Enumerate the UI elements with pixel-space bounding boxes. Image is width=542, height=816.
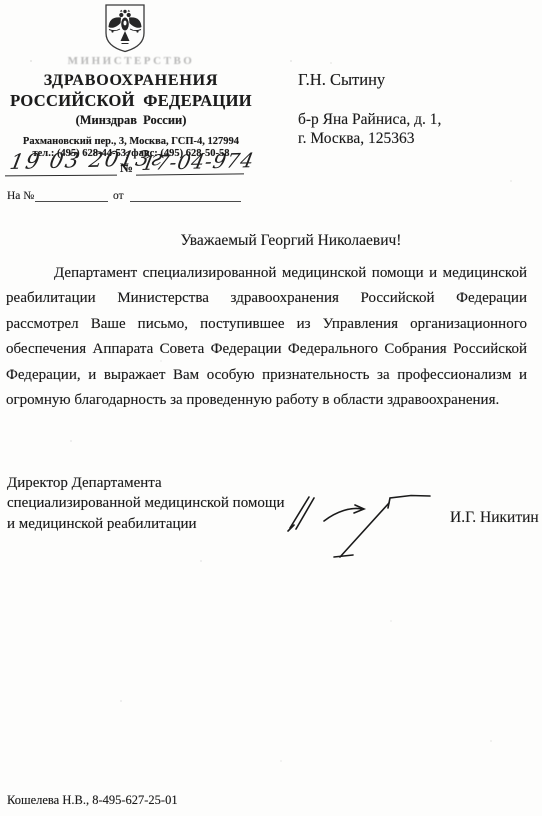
body-line: обеспечения Аппарата Совета Федерации Фе… <box>6 337 527 362</box>
reply-to-label: На № <box>7 190 34 202</box>
recipient-address-line1: б-р Яна Райниса, д. 1, <box>298 110 518 129</box>
signer-title-block: Директор Департамента специализированной… <box>7 473 307 534</box>
reply-number-blank-line <box>35 201 108 202</box>
signer-title-line3: и медицинской реабилитации <box>7 514 307 534</box>
signer-title-line1: Директор Департамента <box>7 473 307 493</box>
org-name-line2: РОССИЙСКОЙ ФЕДЕРАЦИИ <box>0 91 262 111</box>
body-line: реабилитации Министерства здравоохранени… <box>6 286 527 311</box>
russian-coat-of-arms-icon <box>103 3 147 53</box>
org-short-name: (Минздрав России) <box>0 113 262 128</box>
scanned-letter-page: МИНИСТЕРСТВО ЗДРАВООХРАНЕНИЯ РОССИЙСКОЙ … <box>0 0 542 816</box>
salutation: Уважаемый Георгий Николаевич! <box>60 232 522 250</box>
reply-date-blank-line <box>130 201 241 202</box>
recipient-block: Г.Н. Сытину б-р Яна Райниса, д. 1, г. Мо… <box>298 70 518 148</box>
recipient-address-line2: г. Москва, 125363 <box>298 129 518 148</box>
signer-name: И.Г. Никитин <box>450 509 539 527</box>
body-line: рассмотрел Ваше письмо, поступившее из У… <box>6 312 527 337</box>
body-line: Федерации, и выражает Вам особую признат… <box>6 363 527 388</box>
signature-scribble <box>283 488 458 563</box>
signer-title-line2: специализированной медицинской помощи <box>7 493 307 513</box>
recipient-name: Г.Н. Сытину <box>298 70 518 90</box>
org-name-line1: ЗДРАВООХРАНЕНИЯ <box>0 72 262 90</box>
ministry-faint-line: МИНИСТЕРСТВО <box>0 55 262 67</box>
letterhead: МИНИСТЕРСТВО ЗДРАВООХРАНЕНИЯ РОССИЙСКОЙ … <box>0 55 262 159</box>
executor-contact: Кошелева Н.В., 8-495-627-25-01 <box>7 793 178 808</box>
body-paragraph: Департамент специализированной медицинск… <box>6 261 527 413</box>
recipient-address: б-р Яна Райниса, д. 1, г. Москва, 125363 <box>298 110 518 148</box>
org-address: Рахмановский пер., 3, Москва, ГСП-4, 127… <box>0 136 262 147</box>
handwritten-outgoing-number: 17-04-974 <box>140 148 257 175</box>
date-underline <box>5 175 117 177</box>
body-line: огромную благодарность за проведенную ра… <box>6 388 527 413</box>
numero-sign: № <box>120 160 133 176</box>
number-underline <box>136 173 244 175</box>
reply-from-label: от <box>113 190 124 202</box>
body-line: Департамент специализированной медицинск… <box>6 261 527 286</box>
